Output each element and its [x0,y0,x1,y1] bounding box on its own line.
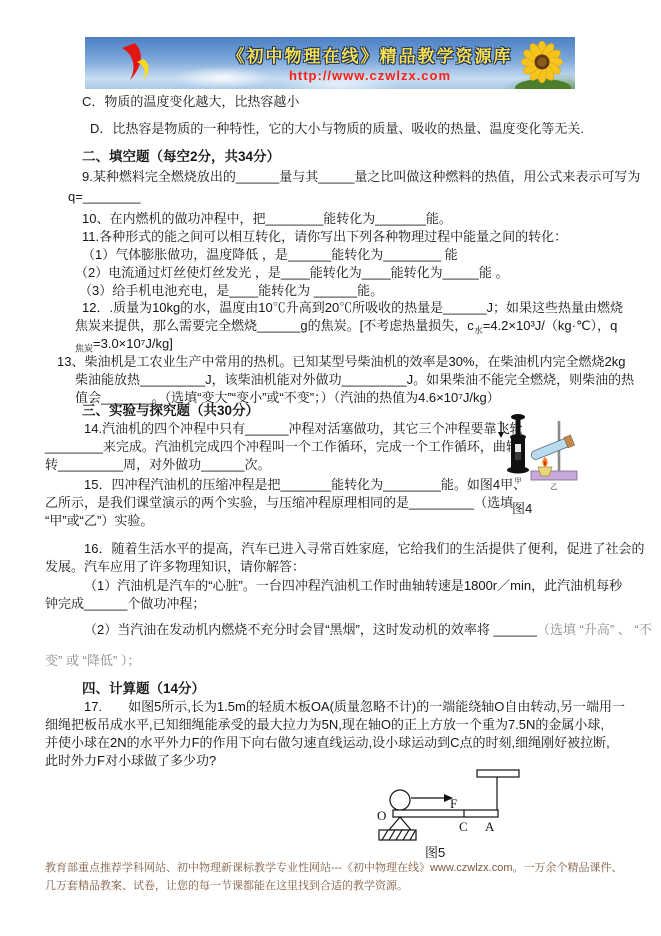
test-tube-stand-icon [530,421,577,480]
question-11-intro: 11.各种形式的能之间可以相互转化，请你写出下列各种物理过程中能量之间的转化： [82,229,567,245]
figure-4-caption: 图4 [512,501,532,517]
question-16-line-2: 发展。汽车应用了许多物理知识，请你解答： [45,559,305,575]
figure-4-label-jia: 甲 [515,477,522,485]
figure-5-illustration: F O C A [360,742,600,842]
lever-diagram [379,770,519,840]
question-13-line-1: 13、柴油机是工农业生产中常用的热机。已知某型号柴油机的效率是30%，在柴油机内… [57,354,625,370]
q12-line2-text: 焦炭来提供，那么需要完全燃烧______g的焦炭。[不考虑热量损失，c [75,318,474,333]
section-heading-fill-in: 二、填空题（每空2分，共34分） [82,149,280,165]
figure-5-force-label: F [450,796,457,811]
question-9-line-1: 9.某种燃料完全燃烧放出的______量与其_____量之比叫做这种燃料的热值，… [82,169,640,185]
option-c: C．物质的温度变化越大，比热容越小 [82,94,299,110]
question-17-line-4: 此时外力F对小球做了多少功? [45,753,216,769]
question-17-line-2: 细绳把板吊成水平,已知细绳能承受的最大拉力为5N,现在轴O的正上方放一个重为7.… [45,717,604,733]
question-9-formula-blank: q=________ [68,189,141,205]
question-11-item-1: （1）气体膨胀做功，温度降低 ，是______能转化为________ 能 [82,247,458,263]
question-17-line-1: 17. 如图5所示,长为1.5m的轻质木板OA(质量忽略不计)的一端能绕轴O自由… [84,699,625,715]
question-10: 10、在内燃机的做功冲程中，把________能转化为_______能。 [82,211,452,227]
question-16-part-2-line-2: 变” 或 “降低” ）； [45,653,140,669]
banner-title: 《初中物理在线》精品教学资源库 [205,42,535,67]
question-11-item-3: （3）给手机电池充电，是____能转化为 ______能。 [79,283,383,299]
question-15-line-1: 15．四冲程汽油机的压缩冲程是把_______能转化为________能。如图4… [84,477,526,493]
question-16-part-1-line-2: 钟完成______个做功冲程； [45,596,205,612]
site-logo-icon [113,41,159,85]
q12-subscript-coke: 焦炭 [75,344,93,354]
q12-line2-formula: =4.2×10³J/（kg·℃），q [483,318,618,333]
footer-line-1: 教育部重点推荐学科网站、初中物理新课标教学专业性网站---《初中物理在线》www… [45,860,623,876]
q12-line3-formula: =3.0×10⁷J/kg] [93,336,173,351]
figure-5-point-c-label: C [459,819,468,834]
question-14-line-3: 转_________周，对外做功______次。 [45,457,270,473]
figure-4-illustration: 甲 乙 [493,407,589,503]
q16-part2-main-text: （2）当汽油在发动机内燃烧不充分时会冒“黑烟”，这时发动机的效率将 ______ [84,622,537,637]
question-14-line-1: 14.汽油机的四个冲程中只有______冲程对活塞做功，其它三个冲程要靠飞轮 [84,421,522,437]
footer-line-2: 几万套精品教案、试卷，让您的每一节课都能在这里找到合适的教学资源。 [45,878,408,894]
fire-syringe-icon [498,414,529,474]
option-d: D．比热容是物质的一种特性，它的大小与物质的质量、吸收的热量、温度变化等无关. [90,121,584,137]
exam-page: 《初中物理在线》精品教学资源库 http://www.czwlzx.com [0,0,661,936]
question-15-line-3: “甲”或“乙”）实验。 [45,513,153,529]
section-heading-calculation: 四、计算题（14分） [82,681,205,697]
sunflower-icon [513,39,571,89]
section-heading-experiment: 三、实验与探究题（共30分） [82,403,259,419]
question-14-line-2: ________来完成。汽油机完成四个冲程叫一个工作循环，完成一个工作循环，曲轴 [45,439,519,455]
banner-url: http://www.czwlzx.com [205,68,535,83]
question-16-part-2-line-1: （2）当汽油在发动机内燃烧不充分时会冒“黑烟”，这时发动机的效率将 ______… [84,622,652,638]
figure-5-caption: 图5 [425,845,445,861]
question-13-line-2: 柴油能放热_________J，该柴油机能对外做功_________J。如果柴油… [75,372,634,388]
q12-subscript-water: 水 [474,326,483,336]
question-16-line-1: 16．随着生活水平的提高，汽车已进入寻常百姓家庭，它给我们的生活提供了便利，促进… [84,541,644,557]
question-12-line-1: 12．.质量为10kg的水，温度由10℃升高到20℃所吸收的热量是______J… [82,300,623,316]
figure-4-label-yi: 乙 [551,483,558,491]
question-15-line-2: 乙所示，是我们课堂演示的两个实验，与压缩冲程原理相同的是_________（选填 [45,495,513,511]
figure-5-pivot-label: O [377,808,386,823]
site-banner: 《初中物理在线》精品教学资源库 http://www.czwlzx.com [85,37,575,89]
figure-5-point-a-label: A [485,819,495,834]
question-11-item-2: （2）电流通过灯丝使灯丝发光 ，是____能转化为____能转化为_____能 … [75,265,508,281]
banner-text-block: 《初中物理在线》精品教学资源库 http://www.czwlzx.com [205,42,535,83]
question-16-part-1-line-1: （1）汽油机是汽车的“心脏”。一台四冲程汽油机工作时曲轴转速是1800r／min… [84,578,622,594]
q16-part2-hint-text: （选填 “升高” 、 “不 [537,622,652,637]
